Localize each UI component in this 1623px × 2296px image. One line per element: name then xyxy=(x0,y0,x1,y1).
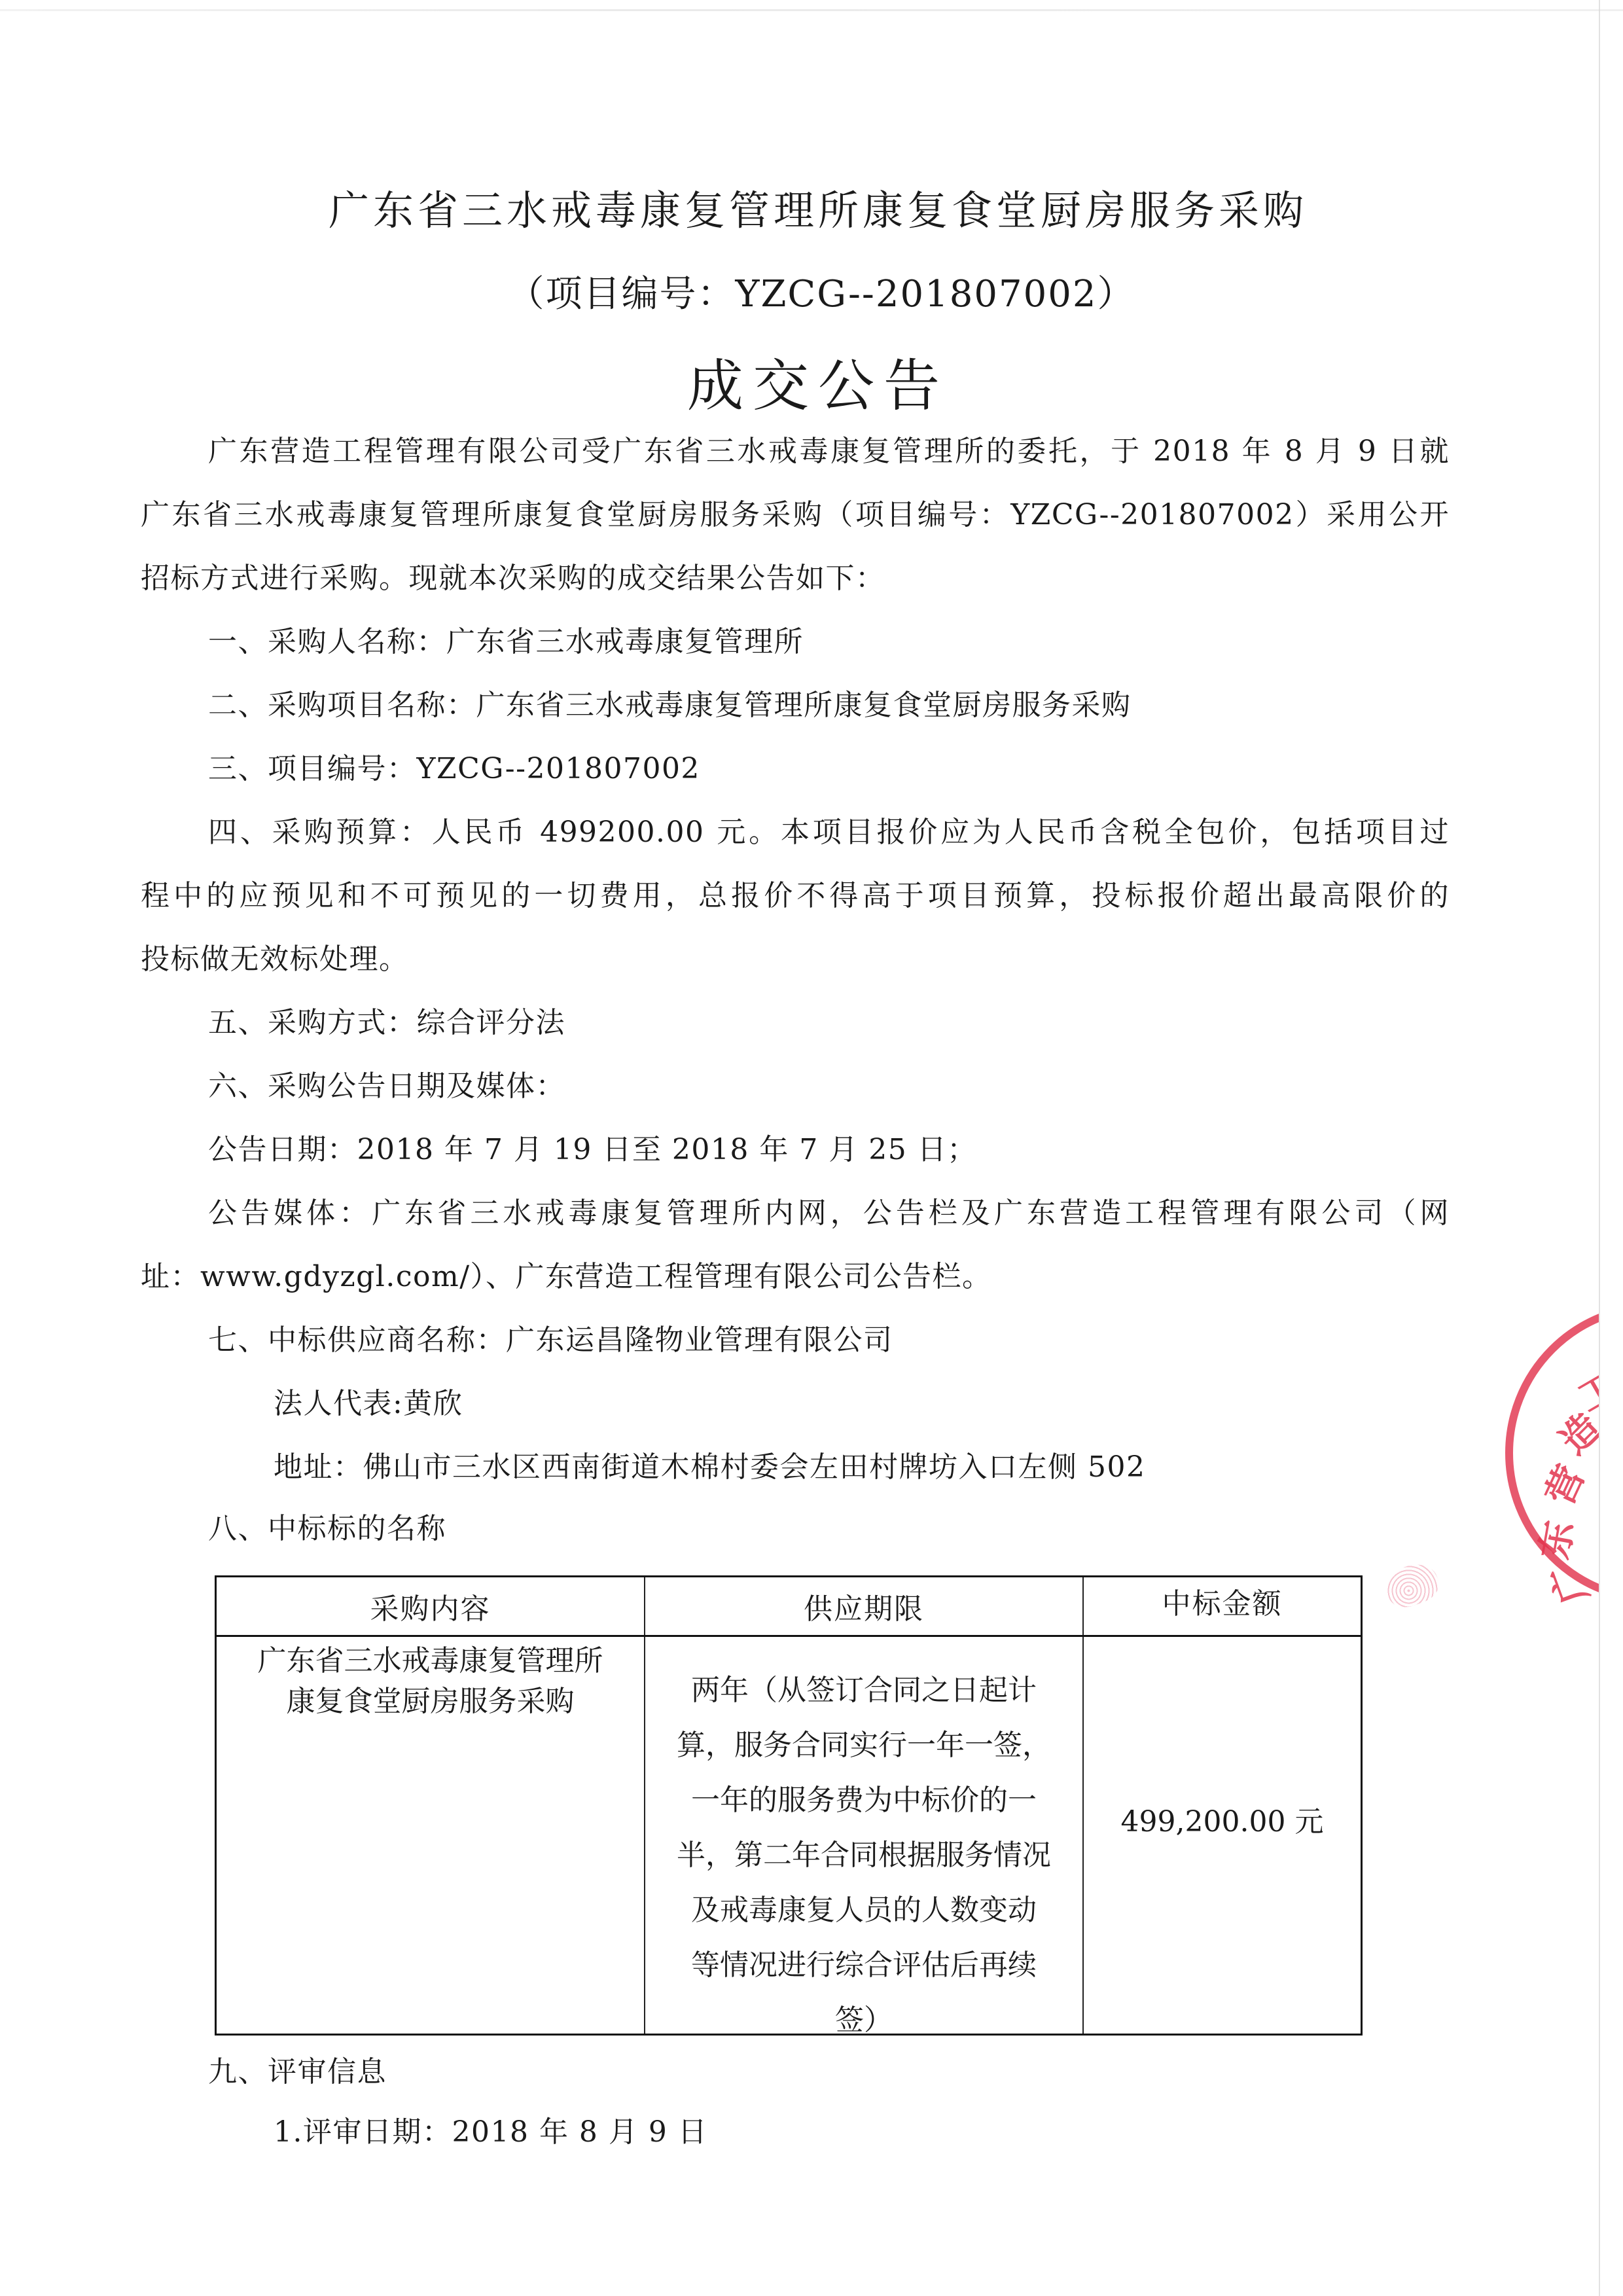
notice-media-line-2: 址：www.gdyzgl.com/）、广东营造工程管理有限公司公告栏。 xyxy=(141,1257,992,1297)
seal-char: 广 xyxy=(1535,1558,1599,1610)
section-award-subject: 八、中标标的名称 xyxy=(208,1509,446,1549)
section-budget-line-1: 四、采购预算：人民币 499200.00 元。本项目报价应为人民币含税全包价，包… xyxy=(208,813,1450,852)
intro-line-3: 招标方式进行采购。现就本次采购的成交结果公告如下： xyxy=(141,559,885,598)
period-line: 半，第二年合同根据服务情况 xyxy=(645,1828,1082,1883)
table-header-content: 采购内容 xyxy=(217,1577,644,1635)
table-cell-amount: 499,200.00 元 xyxy=(1084,1637,1361,2034)
period-line: 签） xyxy=(645,1993,1082,2048)
scan-edge-top xyxy=(0,9,1623,11)
project-number-line: （项目编号：YZCG--201807002） xyxy=(0,271,1623,318)
award-table: 采购内容 供应期限 中标金额 广东省三水戒毒康复管理所 康复食堂厨房服务采购 两… xyxy=(215,1575,1363,2036)
period-line: 及戒毒康复人员的人数变动 xyxy=(645,1883,1082,1938)
section-notice-date-media: 六、采购公告日期及媒体： xyxy=(208,1067,565,1106)
intro-line-1: 广东营造工程管理有限公司受广东省三水戒毒康复管理所的委托，于 2018 年 8 … xyxy=(208,432,1450,471)
section-budget-line-3: 投标做无效标处理。 xyxy=(141,940,409,979)
period-line: 两年（从签订合同之日起计 xyxy=(645,1663,1082,1718)
period-line: 算，服务合同实行一年一签， xyxy=(645,1718,1082,1773)
table-cell-content: 广东省三水戒毒康复管理所 康复食堂厨房服务采购 xyxy=(217,1637,644,2034)
fingerprint-mark xyxy=(1381,1558,1444,1613)
section-review-info: 九、评审信息 xyxy=(208,2053,387,2092)
section-winning-supplier: 七、中标供应商名称：广东运昌隆物业管理有限公司 xyxy=(208,1321,893,1360)
notice-date: 公告日期：2018 年 7 月 19 日至 2018 年 7 月 25 日； xyxy=(208,1130,977,1170)
period-line: 等情况进行综合评估后再续 xyxy=(645,1938,1082,1993)
announcement-heading: 成交公告 xyxy=(0,353,1623,419)
notice-media-line-1: 公告媒体：广东省三水戒毒康复管理所内网，公告栏及广东营造工程管理有限公司（网 xyxy=(208,1194,1450,1233)
award-amount: 499,200.00 元 xyxy=(1121,1795,1324,1850)
supplier-legal-representative: 法人代表:黄欣 xyxy=(274,1384,463,1424)
period-line: 一年的服务费为中标价的一 xyxy=(645,1773,1082,1828)
section-project-number: 三、项目编号：YZCG--201807002 xyxy=(208,749,700,789)
document-page: 广东省三水戒毒康复管理所康复食堂厨房服务采购 （项目编号：YZCG--20180… xyxy=(0,0,1623,2296)
document-title: 广东省三水戒毒康复管理所康复食堂厨房服务采购 xyxy=(0,185,1623,237)
company-seal: 东 营 造 工 广 xyxy=(1499,1296,1599,1610)
section-procurement-method: 五、采购方式：综合评分法 xyxy=(208,1003,565,1043)
table-header-period: 供应期限 xyxy=(645,1577,1082,1635)
section-project-name: 二、采购项目名称：广东省三水戒毒康复管理所康复食堂厨房服务采购 xyxy=(208,686,1132,725)
supplier-address: 地址：佛山市三水区西南街道木棉村委会左田村牌坊入口左侧 502 xyxy=(274,1448,1145,1487)
content-line-1: 广东省三水戒毒康复管理所 xyxy=(223,1641,637,1681)
table-cell-period: 两年（从签订合同之日起计 算，服务合同实行一年一签， 一年的服务费为中标价的一 … xyxy=(645,1637,1082,2034)
table-header-amount: 中标金额 xyxy=(1084,1572,1361,1630)
review-date: 1.评审日期：2018 年 8 月 9 日 xyxy=(274,2113,707,2152)
intro-line-2: 广东省三水戒毒康复管理所康复食堂厨房服务采购（项目编号：YZCG--201807… xyxy=(141,495,1450,535)
scan-edge-right xyxy=(1599,0,1600,2296)
content-line-2: 康复食堂厨房服务采购 xyxy=(223,1681,637,1722)
section-purchaser-name: 一、采购人名称：广东省三水戒毒康复管理所 xyxy=(208,622,804,662)
section-budget-line-2: 程中的应预见和不可预见的一切费用，总报价不得高于项目预算，投标报价超出最高限价的 xyxy=(141,876,1450,916)
